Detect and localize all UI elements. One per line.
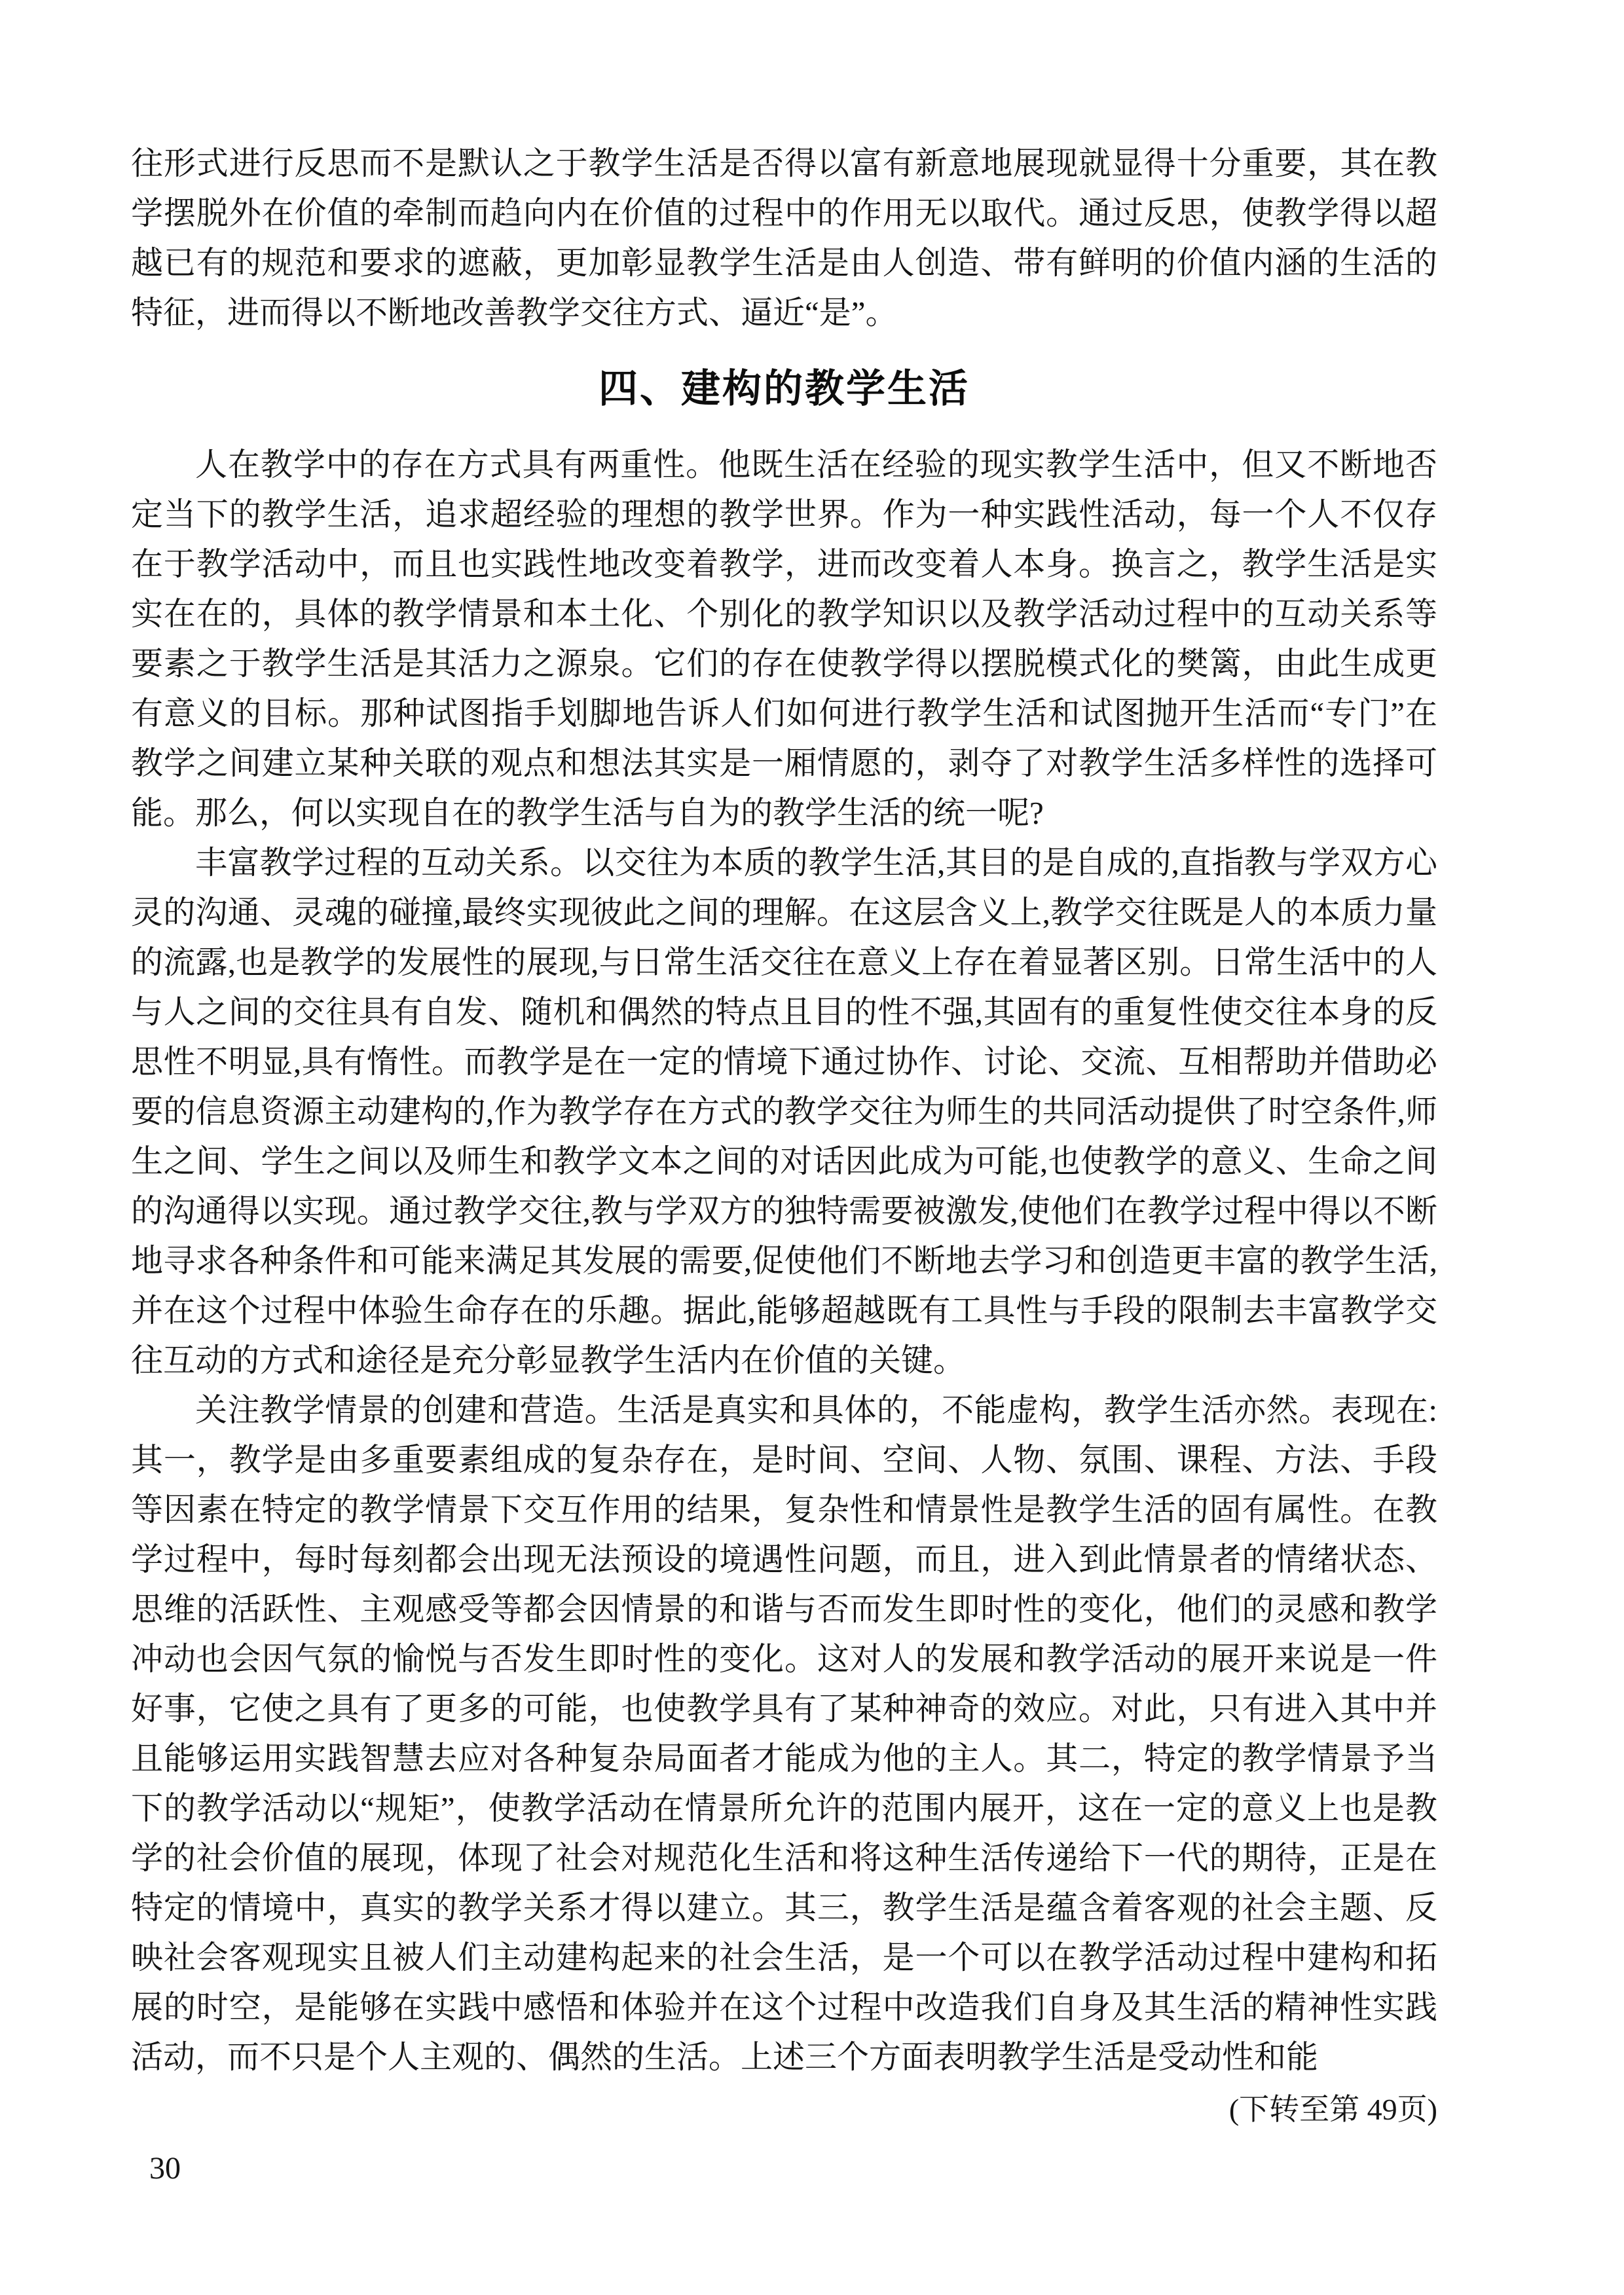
- paragraph-existence-duality: 人在教学中的存在方式具有两重性。他既生活在经验的现实教学生活中，但又不断地否定当…: [131, 440, 1437, 838]
- page-number: 30: [131, 2144, 1437, 2194]
- section-heading: 四、建构的教学生活: [131, 364, 1437, 414]
- text-block: 往形式进行反思而不是默认之于教学生活是否得以富有新意地展现就显得十分重要，其在教…: [131, 139, 1437, 2194]
- continuation-paragraph: 往形式进行反思而不是默认之于教学生活是否得以富有新意地展现就显得十分重要，其在教…: [131, 139, 1437, 338]
- document-page: 往形式进行反思而不是默认之于教学生活是否得以富有新意地展现就显得十分重要，其在教…: [0, 0, 1624, 2295]
- paragraph-interaction-relations: 丰富教学过程的互动关系。以交往为本质的教学生活,其目的是自成的,直指教与学双方心…: [131, 838, 1437, 1386]
- continuation-note: (下转至第 49页): [131, 2085, 1437, 2135]
- paragraph-teaching-context: 关注教学情景的创建和营造。生活是真实和具体的，不能虚构，教学生活亦然。表现在: …: [131, 1386, 1437, 2082]
